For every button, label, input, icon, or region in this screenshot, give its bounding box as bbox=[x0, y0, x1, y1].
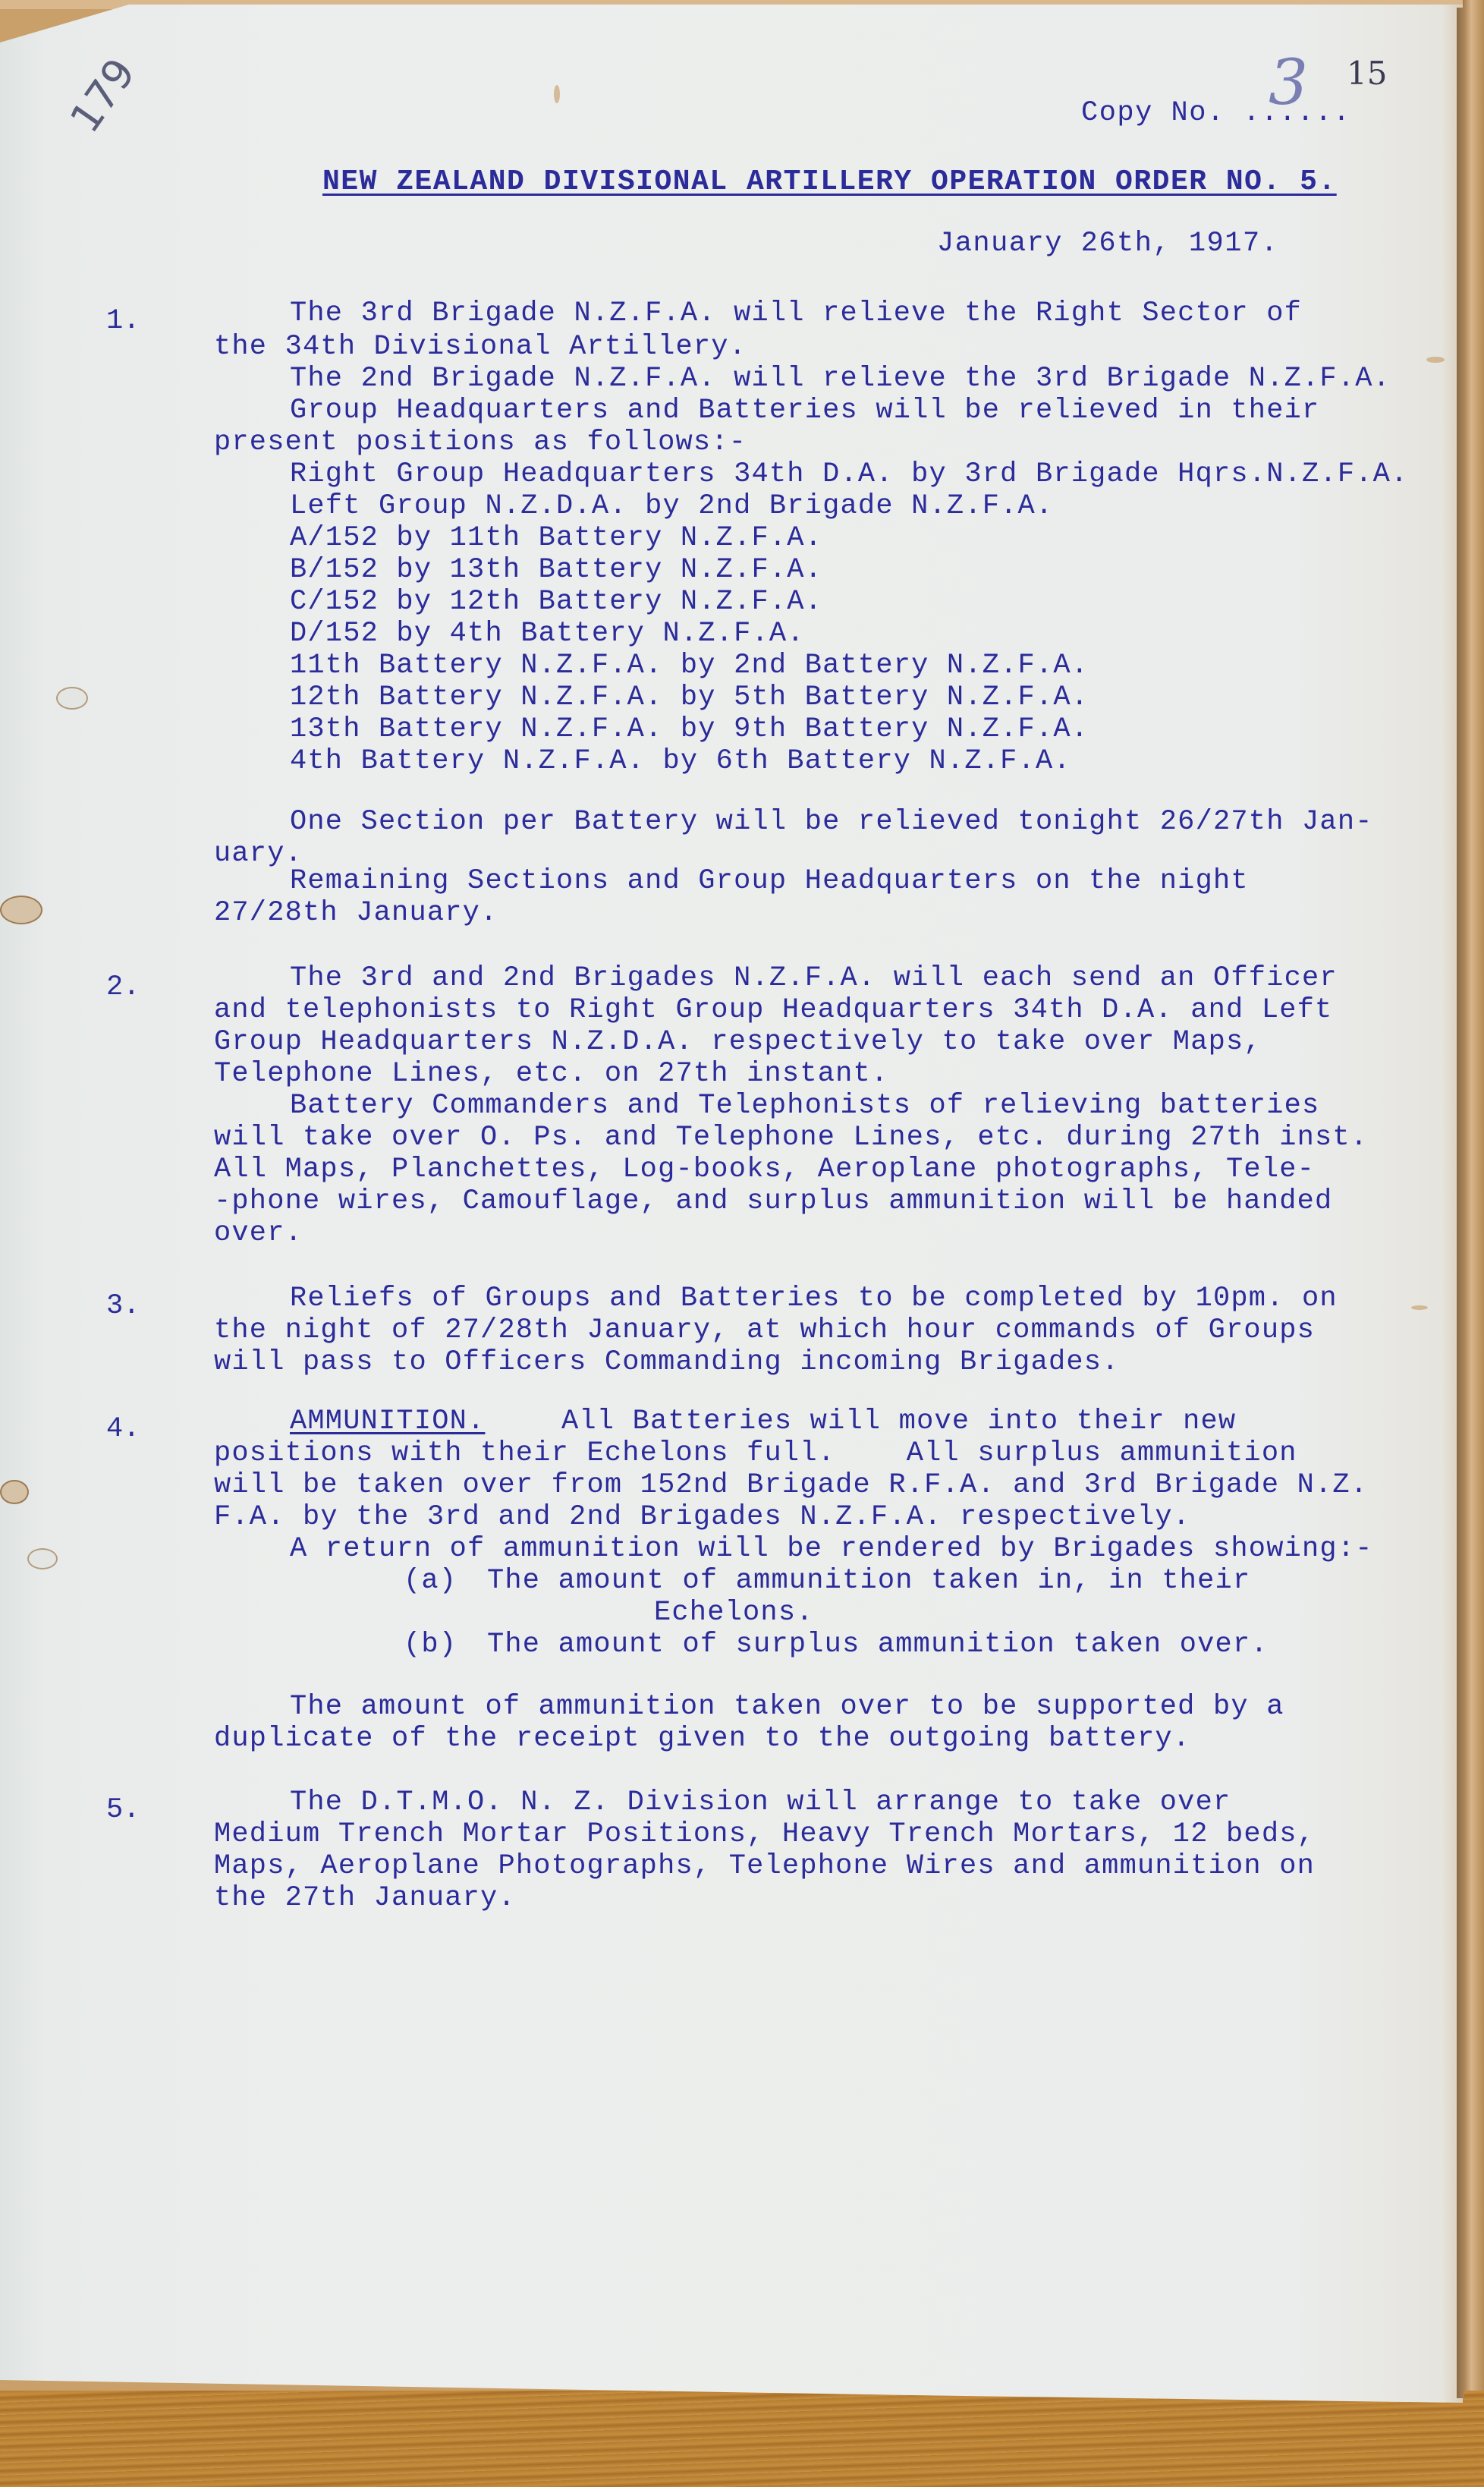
paragraph-line: the night of 27/28th January, at which h… bbox=[214, 1314, 1315, 1346]
paragraph-line: -phone wires, Camouflage, and surplus am… bbox=[214, 1185, 1332, 1217]
page-edge-shadow bbox=[1457, 8, 1464, 2398]
paragraph-number: 5. bbox=[106, 1794, 140, 1826]
relief-item: B/152 by 13th Battery N.Z.F.A. bbox=[290, 554, 822, 586]
page-number: 15 bbox=[1347, 55, 1387, 92]
paragraph-line: the 34th Divisional Artillery. bbox=[214, 331, 747, 363]
paragraph-line: present positions as follows:- bbox=[214, 427, 747, 458]
paragraph-line: Remaining Sections and Group Headquarter… bbox=[290, 865, 1249, 897]
paragraph-number: 3. bbox=[106, 1290, 140, 1322]
subitem-text: The amount of ammunition taken in, in th… bbox=[487, 1565, 1250, 1597]
paragraph-line: The 3rd and 2nd Brigades N.Z.F.A. will e… bbox=[290, 962, 1338, 994]
torn-punch-hole bbox=[0, 896, 42, 924]
paragraph-line: One Section per Battery will be relieved… bbox=[290, 806, 1373, 838]
subitem-continuation: Echelons. bbox=[654, 1597, 814, 1629]
paragraph-line: over. bbox=[214, 1217, 303, 1249]
document-title: NEW ZEALAND DIVISIONAL ARTILLERY OPERATI… bbox=[322, 165, 1337, 198]
relief-item: 13th Battery N.Z.F.A. by 9th Battery N.Z… bbox=[290, 713, 1089, 745]
relief-item: Left Group N.Z.D.A. by 2nd Brigade N.Z.F… bbox=[290, 490, 1053, 522]
relief-item: C/152 by 12th Battery N.Z.F.A. bbox=[290, 586, 822, 618]
relief-item: 11th Battery N.Z.F.A. by 2nd Battery N.Z… bbox=[290, 650, 1089, 682]
paragraph-line: The 2nd Brigade N.Z.F.A. will relieve th… bbox=[290, 363, 1391, 395]
wooden-desk bbox=[0, 2391, 1484, 2487]
paragraph-line: positions with their Echelons full. All … bbox=[214, 1437, 1297, 1469]
paragraph-line: A return of ammunition will be rendered … bbox=[290, 1533, 1373, 1565]
paper-stain bbox=[554, 85, 560, 103]
paragraph-number: 2. bbox=[106, 971, 140, 1003]
subitem-label: (b) bbox=[404, 1629, 457, 1661]
paragraph-line: the 27th January. bbox=[214, 1882, 516, 1914]
paragraph-line: duplicate of the receipt given to the ou… bbox=[214, 1723, 1190, 1755]
subitem-label: (a) bbox=[404, 1565, 457, 1597]
relief-item: Right Group Headquarters 34th D.A. by 3r… bbox=[290, 458, 1408, 490]
torn-punch-hole bbox=[0, 1480, 29, 1504]
paragraph-line: Medium Trench Mortar Positions, Heavy Tr… bbox=[214, 1818, 1315, 1850]
relief-item: D/152 by 4th Battery N.Z.F.A. bbox=[290, 618, 805, 650]
paragraph-number: 1. bbox=[106, 305, 140, 337]
copy-number-label: Copy No. ...... bbox=[1081, 97, 1351, 129]
paragraph-line: Group Headquarters N.Z.D.A. respectively… bbox=[214, 1026, 1262, 1058]
section-heading-ammunition: AMMUNITION. bbox=[290, 1406, 485, 1437]
paragraph-line: Maps, Aeroplane Photographs, Telephone W… bbox=[214, 1850, 1315, 1882]
relief-item: A/152 by 11th Battery N.Z.F.A. bbox=[290, 522, 822, 554]
paragraph-line: will pass to Officers Commanding incomin… bbox=[214, 1346, 1120, 1378]
paper-stain bbox=[1411, 1305, 1428, 1310]
paragraph-line: 27/28th January. bbox=[214, 897, 498, 929]
paragraph-line: Battery Commanders and Telephonists of r… bbox=[290, 1090, 1319, 1122]
background-right-edge bbox=[1463, 0, 1484, 2487]
document-date: January 26th, 1917. bbox=[937, 228, 1278, 260]
paragraph-line: All Batteries will move into their new bbox=[561, 1406, 1236, 1437]
paragraph-line: Telephone Lines, etc. on 27th instant. bbox=[214, 1058, 888, 1090]
paper-stain bbox=[1426, 357, 1445, 363]
paragraph-line: and telephonists to Right Group Headquar… bbox=[214, 994, 1332, 1026]
paragraph-number: 4. bbox=[106, 1413, 140, 1445]
punch-hole bbox=[27, 1548, 58, 1569]
paragraph-line: will take over O. Ps. and Telephone Line… bbox=[214, 1122, 1368, 1154]
paragraph-line: F.A. by the 3rd and 2nd Brigades N.Z.F.A… bbox=[214, 1501, 1190, 1533]
paragraph-line: All Maps, Planchettes, Log-books, Aeropl… bbox=[214, 1154, 1315, 1185]
paragraph-line: The 3rd Brigade N.Z.F.A. will relieve th… bbox=[290, 297, 1302, 329]
paragraph-line: Reliefs of Groups and Batteries to be co… bbox=[290, 1283, 1338, 1314]
paragraph-line: Group Headquarters and Batteries will be… bbox=[290, 395, 1319, 427]
punch-hole bbox=[56, 687, 88, 710]
paragraph-line: The D.T.M.O. N. Z. Division will arrange… bbox=[290, 1787, 1231, 1818]
subitem-text: The amount of surplus ammunition taken o… bbox=[487, 1629, 1269, 1661]
paragraph-line: The amount of ammunition taken over to b… bbox=[290, 1691, 1284, 1723]
paragraph-line: will be taken over from 152nd Brigade R.… bbox=[214, 1469, 1368, 1501]
relief-item: 12th Battery N.Z.F.A. by 5th Battery N.Z… bbox=[290, 682, 1089, 713]
relief-item: 4th Battery N.Z.F.A. by 6th Battery N.Z.… bbox=[290, 745, 1071, 777]
